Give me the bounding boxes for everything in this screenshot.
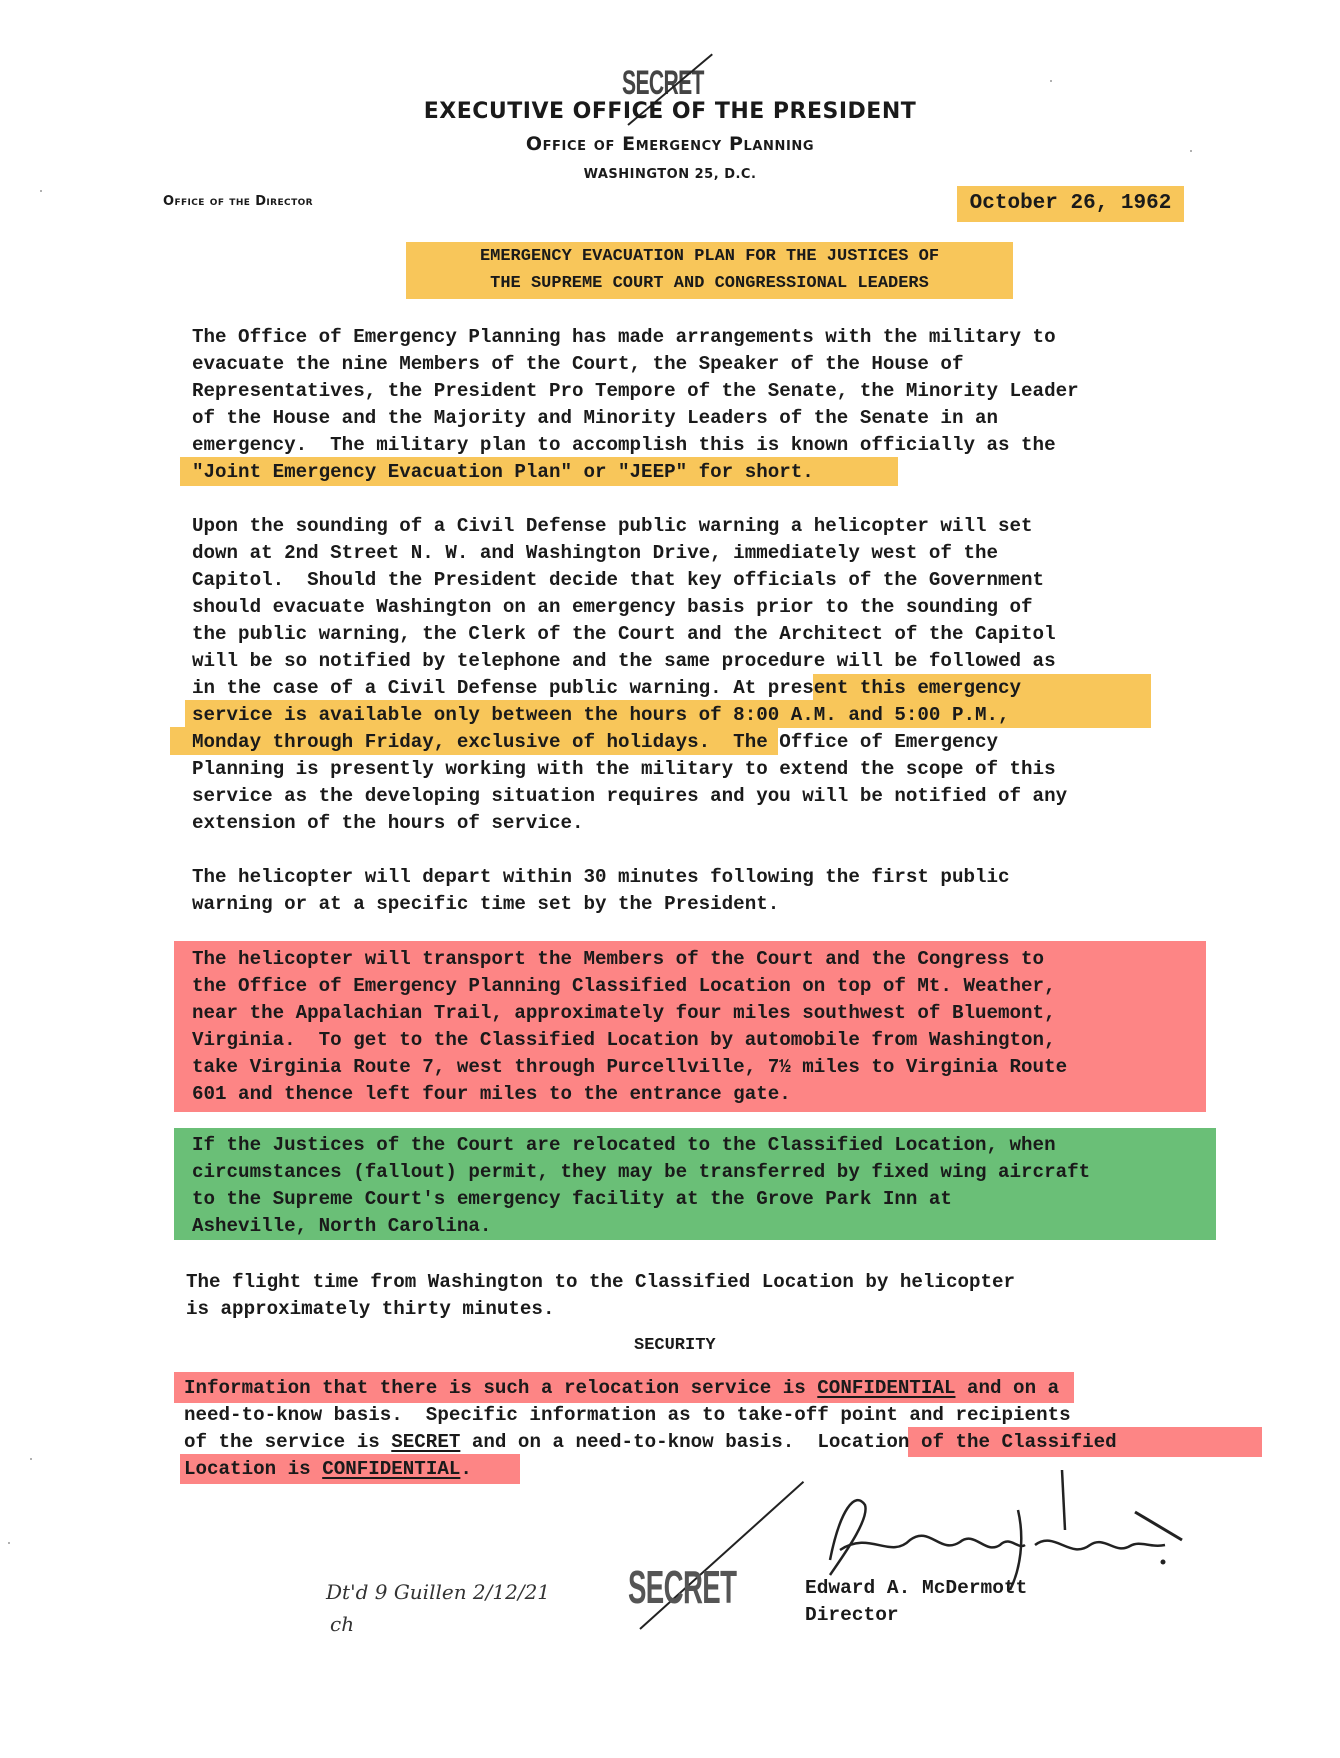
text-span: in the case of a Civil Defense public wa… (192, 677, 733, 699)
scan-speck (30, 1458, 32, 1460)
document-title: EMERGENCY EVACUATION PLAN FOR THE JUSTIC… (406, 242, 1013, 299)
signer-block: Edward A. McDermott Director (805, 1575, 1027, 1629)
text-line: The helicopter will transport the Member… (192, 946, 1044, 973)
letterhead-address: WASHINGTON 25, D.C. (0, 167, 1340, 182)
highlight-grove-park-inn: If the Justices of the Court are relocat… (174, 1128, 1216, 1240)
text-line: The flight time from Washington to the C… (186, 1269, 1015, 1296)
text-line: down at 2nd Street N. W. and Washington … (192, 540, 998, 567)
scan-speck (1190, 150, 1192, 152)
secret-stamp-bottom: SECRET (628, 1560, 736, 1614)
text-span: and on a need-to-know basis. (460, 1431, 817, 1453)
text-line: of the House and the Majority and Minori… (192, 405, 998, 432)
text-line-highlighted: service is available only between the ho… (192, 702, 1010, 729)
text-line: Monday through Friday, exclusive of holi… (192, 729, 998, 756)
text-line: to the Supreme Court's emergency facilit… (192, 1186, 952, 1213)
highlight-classified-location: The helicopter will transport the Member… (174, 941, 1206, 1112)
text-line: circumstances (fallout) permit, they may… (192, 1159, 1090, 1186)
text-line: evacuate the nine Members of the Court, … (192, 351, 963, 378)
letterhead-executive-office: EXECUTIVE OFFICE OF THE PRESIDENT (0, 99, 1340, 124)
text-line: need-to-know basis. Specific information… (184, 1402, 1071, 1429)
text-span: Location is (184, 1458, 322, 1480)
classification-secret: SECRET (391, 1431, 460, 1453)
text-line: Upon the sounding of a Civil Defense pub… (192, 513, 1033, 540)
text-span: of the service is (184, 1431, 391, 1453)
office-of-director: Office of the Director (163, 194, 313, 209)
title-line-1: EMERGENCY EVACUATION PLAN FOR THE JUSTIC… (406, 243, 1013, 270)
text-span: . (460, 1458, 472, 1480)
text-line: Virginia. To get to the Classified Locat… (192, 1027, 1056, 1054)
text-line: The Office of Emergency Planning has mad… (192, 324, 1056, 351)
document-page: SECRET EXECUTIVE OFFICE OF THE PRESIDENT… (0, 0, 1340, 1758)
letterhead-oep: Office of Emergency Planning (0, 133, 1340, 155)
text-line: Planning is presently working with the m… (192, 756, 1056, 783)
document-date: October 26, 1962 (957, 186, 1184, 222)
text-line: take Virginia Route 7, west through Purc… (192, 1054, 1067, 1081)
text-span-highlighted: At present this emergency (733, 677, 1021, 699)
security-heading: SECURITY (634, 1336, 716, 1355)
text-line: Asheville, North Carolina. (192, 1213, 491, 1240)
text-line: 601 and thence left four miles to the en… (192, 1081, 791, 1108)
text-span: Information that there is such a relocat… (184, 1377, 817, 1399)
classification-confidential: CONFIDENTIAL (817, 1377, 955, 1399)
text-line: Capitol. Should the President decide tha… (192, 567, 1044, 594)
title-line-2: THE SUPREME COURT AND CONGRESSIONAL LEAD… (406, 270, 1013, 297)
text-line: emergency. The military plan to accompli… (192, 432, 1056, 459)
text-line-highlighted: "Joint Emergency Evacuation Plan" or "JE… (192, 459, 814, 486)
text-line: Information that there is such a relocat… (184, 1375, 1059, 1402)
signer-title: Director (805, 1602, 1027, 1629)
scan-speck (40, 190, 42, 192)
classification-confidential: CONFIDENTIAL (322, 1458, 460, 1480)
scan-speck (8, 1542, 10, 1544)
text-line: service as the developing situation requ… (192, 783, 1067, 810)
text-line: warning or at a specific time set by the… (192, 891, 779, 918)
text-line: near the Appalachian Trail, approximatel… (192, 1000, 1056, 1027)
text-span: The Office of Emergency (710, 731, 998, 753)
text-line: should evacuate Washington on an emergen… (192, 594, 1033, 621)
text-line: If the Justices of the Court are relocat… (192, 1132, 1056, 1159)
text-line: Representatives, the President Pro Tempo… (192, 378, 1079, 405)
text-line: the public warning, the Clerk of the Cou… (192, 621, 1056, 648)
text-line: in the case of a Civil Defense public wa… (192, 675, 1021, 702)
text-line: The helicopter will depart within 30 min… (192, 864, 1010, 891)
text-line: the Office of Emergency Planning Classif… (192, 973, 1056, 1000)
handwritten-declassification-note: Dt'd 9 Guillen 2/12/21 (326, 1580, 550, 1604)
text-span-highlighted: Monday through Friday, exclusive of holi… (192, 731, 710, 753)
scan-speck (1050, 80, 1052, 82)
text-span: and on a (955, 1377, 1059, 1399)
handwritten-initials: ch (330, 1612, 354, 1636)
text-line: is approximately thirty minutes. (186, 1296, 554, 1323)
text-line: will be so notified by telephone and the… (192, 648, 1056, 675)
signer-name: Edward A. McDermott (805, 1575, 1027, 1602)
text-line: extension of the hours of service. (192, 810, 584, 837)
text-line: Location is CONFIDENTIAL. (184, 1456, 472, 1483)
